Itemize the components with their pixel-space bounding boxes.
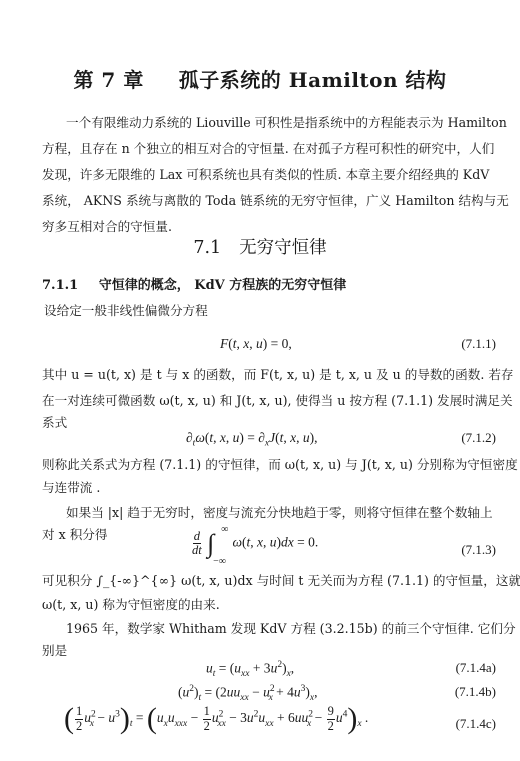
body-p5-line-1: 可见积分 ∫_{-∞}^{∞} ω(t, x, u)dx 与时间 t 无关而为方… [42,568,520,594]
chapter-title-latin: Hamilton [289,68,398,92]
subsection-title: 7.1.1 守恒律的概念， KdV 方程族的无穷守恒律 [42,274,346,293]
equation-7-1-3: ddt ∫∞−∞ ω(t, x, u)dx = 0. [190,530,318,557]
chapter-number: 7 [101,68,115,92]
chapter-title-cn: 孤子系统的 [179,68,282,92]
equation-number: (7.1.3) [461,542,496,558]
section-title-text: 无穷守恒律 [239,238,327,258]
body-p6-line-2: 别是 [42,638,67,664]
equation-number: (7.1.4c) [456,716,496,732]
body-p3-line-1: 则称此关系式为方程 (7.1.1) 的守恒律，而 ω(t, x, u) 与 J(… [42,452,518,478]
body-p5-line-2: ω(t, x, u) 称为守恒密度的由来. [42,592,220,618]
chapter-suffix: 章 [123,68,144,92]
intro-line-4: 系统， AKNS 系统与离散的 Toda 链系统的无穷守恒律，广义 Hamilt… [42,188,509,214]
intro-line-3: 发现，许多无限维的 Lax 可积系统也具有类似的性质. 本章主要介绍经典的 Kd… [42,162,489,188]
body-p4-line-2: 对 x 积分得 [42,522,107,548]
chapter-title: 第 7 章 孤子系统的 Hamilton 结构 [0,64,520,93]
body-p6-line-1: 1965 年，数学家 Whitham 发现 KdV 方程 (3.2.15b) 的… [66,616,516,642]
equation-number: (7.1.1) [461,336,496,352]
section-title: 7.1无穷守恒律 [0,234,520,259]
subsection-title-latin: KdV [194,278,224,293]
equation-number: (7.1.4b) [455,684,496,700]
subsection-title-a: 守恒律的概念， [99,278,190,293]
chapter-title-cn-end: 结构 [406,68,447,92]
subsection-number: 7.1.1 [42,278,78,293]
body-p2-line-3: 系式 [42,410,67,436]
subsection-title-b: 方程族的无穷守恒律 [229,278,346,293]
body-p2-line-1: 其中 u = u(t, x) 是 t 与 x 的函数，而 F(t, x, u) … [42,362,514,388]
section-number: 7.1 [193,238,221,258]
equation-7-1-4c: (12u2x − u3)t = (uxuxxx − 12u2xx − 3u2ux… [64,704,368,734]
equation-7-1-4a: ut = (uxx + 3u2)x, [206,660,294,679]
equation-7-1-4b: (u2)t = (2uuxx − u2x + 4u3)x, [178,684,318,703]
body-p3-line-2: 与连带流 . [42,475,100,501]
document-page: 第 7 章 孤子系统的 Hamilton 结构 一个有限维动力系统的 Liouv… [0,0,520,761]
intro-line-2: 方程，且存在 n 个独立的相互对合的守恒量. 在对孤子方程可积性的研究中，人们 [42,136,494,162]
equation-number: (7.1.2) [461,430,496,446]
equation-7-1-1: F(t, x, u) = 0, [220,336,292,352]
equation-number: (7.1.4a) [456,660,496,676]
intro-line-1: 一个有限维动力系统的 Liouville 可积性是指系统中的方程能表示为 Ham… [66,110,507,136]
equation-7-1-2: ∂tω(t, x, u) = ∂xJ(t, x, u), [186,430,318,449]
body-p2-line-2: 在一对连续可微函数 ω(t, x, u) 和 J(t, x, u), 使得当 u… [42,388,513,414]
body-p1: 设给定一般非线性偏微分方程 [44,298,208,324]
body-p4-line-1: 如果当 |x| 趋于无穷时，密度与流充分快地趋于零，则将守恒律在整个数轴上 [66,500,493,526]
chapter-prefix: 第 [73,68,94,92]
